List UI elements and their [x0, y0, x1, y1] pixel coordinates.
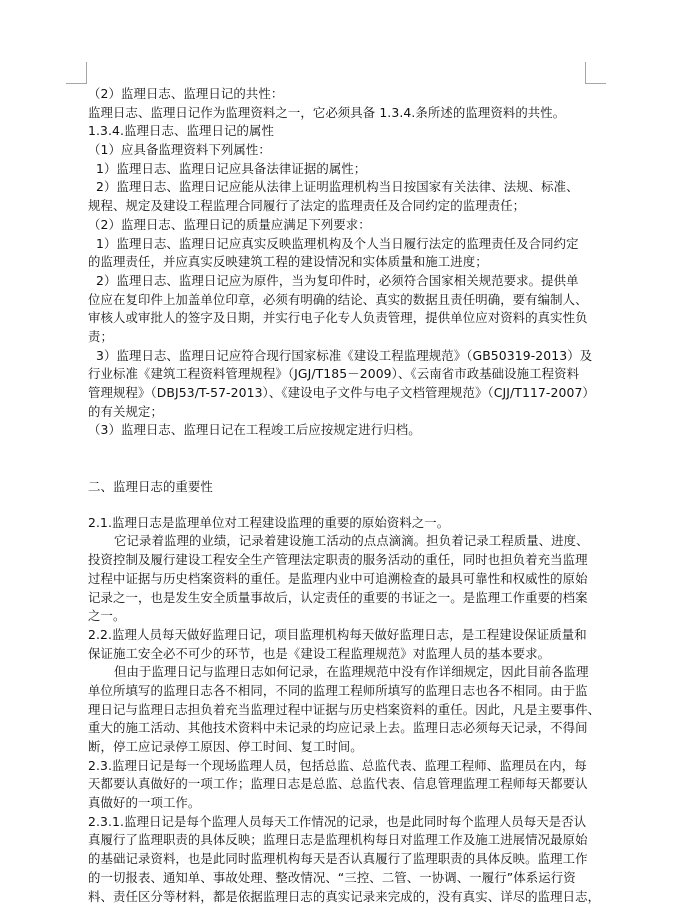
- section-heading-2-3: 2.3.监理日记是每一个现场监理人员，包括总监、总监代表、监理工程师、监理员在内…: [88, 757, 588, 776]
- paragraph-line: 真做好的一项工作。: [88, 794, 588, 813]
- subheading-common-traits: （2）监理日志、监理日记的共性：: [88, 85, 588, 104]
- paragraph-line: 过程中证据与历史档案资料的重任。是监理内业中可追溯检查的最具可靠性和权威性的原始: [88, 570, 588, 589]
- document-page: （2）监理日志、监理日记的共性： 监理日志、监理日记作为监理资料之一，它必须具备…: [0, 0, 673, 916]
- list-item-continuation: 的有关规定；: [88, 403, 588, 422]
- spacer: [88, 440, 588, 478]
- list-item: 2）监理日志、监理日记应为原件，当为复印件时，必须符合国家相关规范要求。提供单: [88, 272, 588, 291]
- paragraph-line: 保证施工安全必不可少的环节，也是《建设工程监理规范》对监理人员的基本要求。: [88, 645, 588, 664]
- list-item-continuation: 审核人或审批人的签字及日期，并实行电子化专人负责管理，提供单位应对资料的真实性负: [88, 309, 588, 328]
- section-heading-1-3-4: 1.3.4.监理日志、监理日记的属性: [88, 122, 588, 141]
- paragraph-line: 真履行了监理职责的具体反映；监理日志是监理机构每日对监理工作及施工进展情况最原始: [88, 831, 588, 850]
- list-item-continuation: 位应在复印件上加盖单位印章，必须有明确的结论、真实的数据且责任明确，要有编制人、: [88, 291, 588, 310]
- top-right-margin-mark: [585, 62, 606, 84]
- list-item-continuation: 规程、规定及建设工程监理合同履行了法定的监理责任及合同约定的监理责任；: [88, 197, 588, 216]
- paragraph-line: 的一切报表、通知单、事故处理、整改情况、“三控、二管、一协调、一履行”体系运行资: [88, 869, 588, 888]
- list-item: 1）监理日志、监理日记应真实反映监理机构及个人当日履行法定的监理责任及合同约定: [88, 235, 588, 254]
- list-item-continuation: 的监理责任，并应真实反映建筑工程的建设情况和实体质量和施工进度；: [88, 253, 588, 272]
- list-item: 2）监理日志、监理日记应能从法律上证明监理机构当日按国家有关法律、法规、标准、: [88, 178, 588, 197]
- paragraph-line: 重大的施工活动、其他技术资料中未记录的均应记录上去。监理日志必须每天记录，不得间: [88, 719, 588, 738]
- spacer: [88, 497, 588, 514]
- paragraph-line: 记录之一，也是发生安全质量事故后，认定责任的重要的书证之一。是监理工作重要的档案: [88, 589, 588, 608]
- top-left-margin-mark: [66, 62, 87, 84]
- paragraph-line: 监理日志、监理日记作为监理资料之一，它必须具备 1.3.4.条所述的监理资料的共…: [88, 104, 588, 123]
- paragraph-line: 理日记与监理日志担负着充当监理过程中证据与历史档案资料的重任。因此，凡是主要事件…: [88, 701, 588, 720]
- paragraph-line: 但由于监理日记与监理日志如何记录，在监理规范中没有作详细规定，因此目前各监理: [88, 663, 588, 682]
- section-heading-2-2: 2.2.监理人员每天做好监理日记，项目监理机构每天做好监理日志，是工程建设保证质…: [88, 626, 588, 645]
- paragraph-line: 单位所填写的监理日志各不相同，不同的监理工程师所填写的监理日志也各不相同。由于监: [88, 682, 588, 701]
- subheading-archiving: （3）监理日志、监理日记在工程竣工后应按规定进行归档。: [88, 421, 588, 440]
- paragraph-line: 的基础记录资料，也是此同时监理机构每天是否认真履行了监理职责的具体反映。监理工作: [88, 850, 588, 869]
- section-heading-2-3-1: 2.3.1.监理日记是每个监理人员每天工作情况的记录，也是此同时每个监理人员每天…: [88, 813, 588, 832]
- subheading-attributes: （1）应具备监理资料下列属性：: [88, 141, 588, 160]
- paragraph-line: 天都要认真做好的一项工作；监理日志是总监、总监代表、信息管理监理工程师每天都要认: [88, 775, 588, 794]
- paragraph-line: 之一。: [88, 607, 588, 626]
- list-item: 1）监理日志、监理日记应具备法律证据的属性；: [88, 160, 588, 179]
- section-heading-2-1: 2.1.监理日志是监理单位对工程建设监理的重要的原始资料之一。: [88, 514, 588, 533]
- list-item-continuation: 责；: [88, 328, 588, 347]
- subheading-quality-requirements: （2）监理日志、监理日记的质量应满足下列要求：: [88, 216, 588, 235]
- list-item: 3）监理日志、监理日记应符合现行国家标准《建设工程监理规范》（GB50319-2…: [88, 347, 588, 366]
- paragraph-line: 投资控制及履行建设工程安全生产管理法定职责的服务活动的重任，同时也担负着充当监理: [88, 551, 588, 570]
- paragraph-line: 它记录着监理的业绩，记录着建设施工活动的点点滴滴。担负着记录工程质量、进度、: [88, 532, 588, 551]
- document-body: （2）监理日志、监理日记的共性： 监理日志、监理日记作为监理资料之一，它必须具备…: [88, 85, 588, 906]
- list-item-continuation: 管理规程》（DBJ53/T-57-2013）、《建设电子文件与电子文档管理规范》…: [88, 384, 588, 403]
- list-item-continuation: 行业标准《建筑工程资料管理规程》（JGJ/T185－2009）、《云南省市政基础…: [88, 365, 588, 384]
- paragraph-line: 断，停工应记录停工原因、停工时间、复工时间。: [88, 738, 588, 757]
- paragraph-line: 料、责任区分等材料，都是依据监理日志的真实记录来完成的，没有真实、详尽的监理日志…: [88, 888, 588, 907]
- section-heading-importance: 二、监理日志的重要性: [88, 478, 588, 497]
